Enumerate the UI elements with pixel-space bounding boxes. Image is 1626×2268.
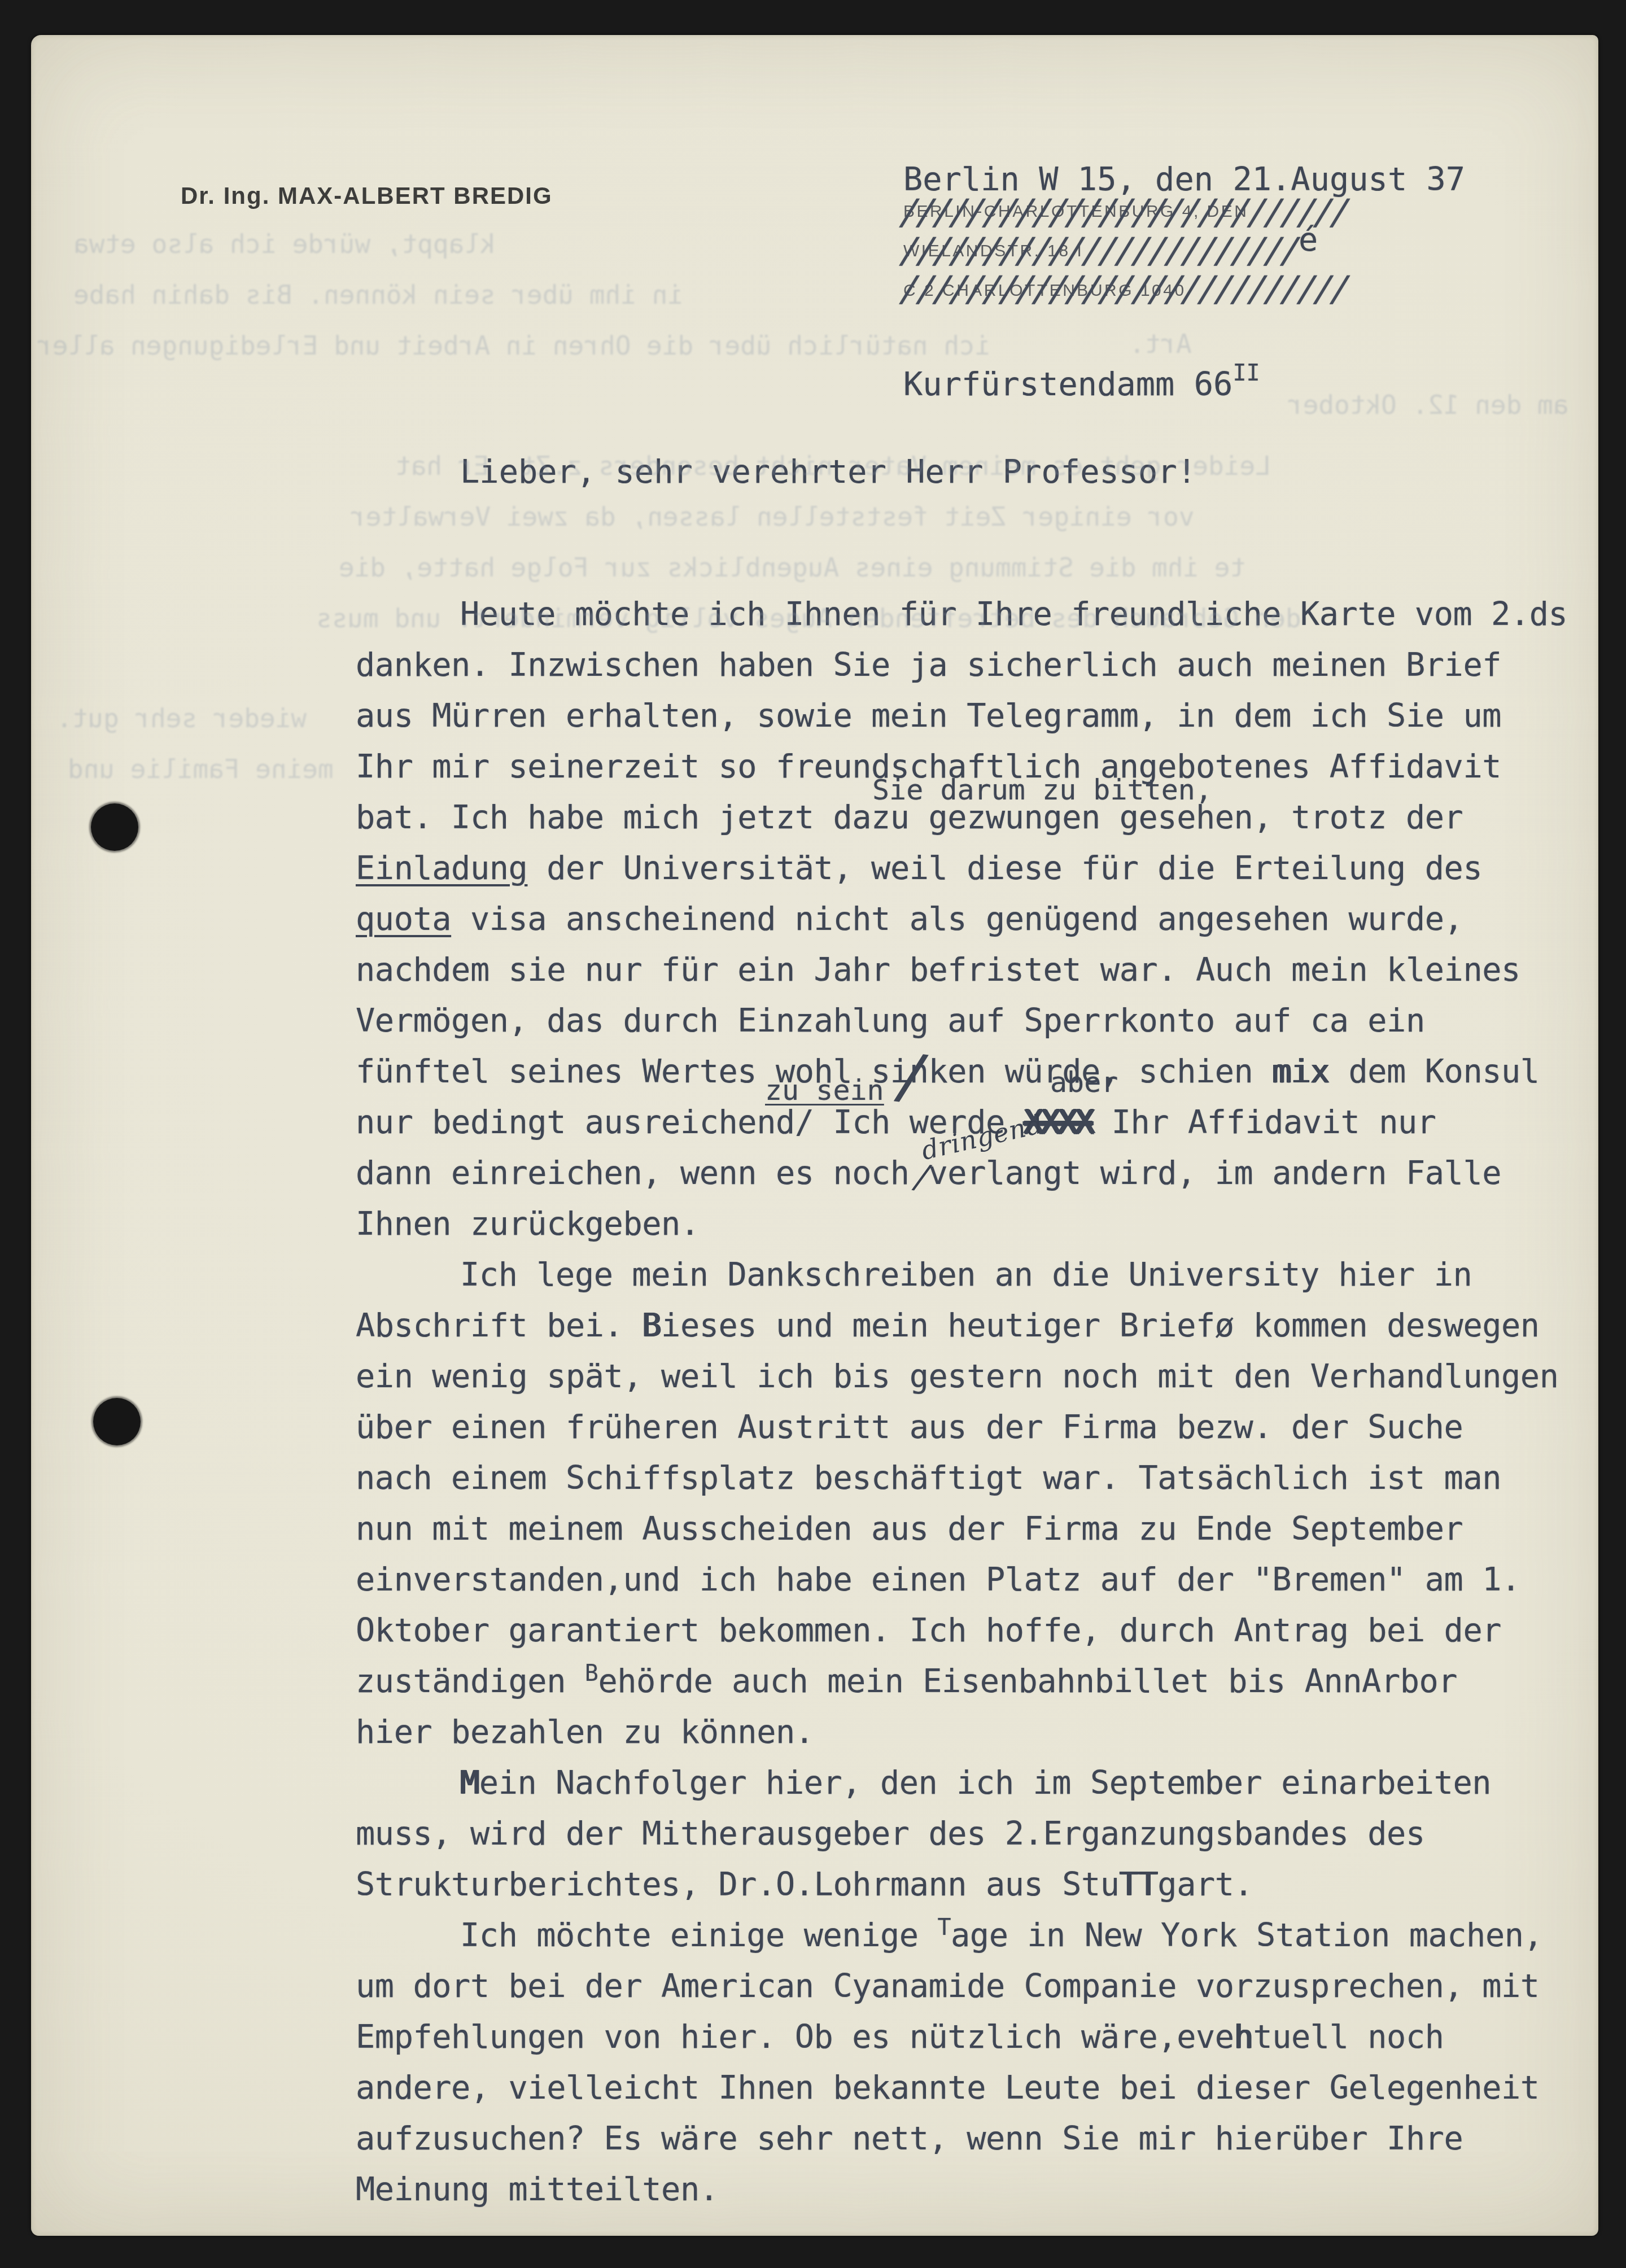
letter-segment: zuständigen [356,1663,585,1700]
letter-segment: über einen früheren Austritt aus der Fir… [356,1409,1463,1446]
letter-segment: der Universität, weil diese für die Erte… [527,850,1482,887]
letter-segment: gart. [1157,1866,1253,1903]
letter-segment: muss, wird der Mitherausgeber des 2.Erga… [356,1815,1425,1852]
letter-segment: Ich möchte einige wenige [460,1917,937,1954]
letter-line: Meinung mitteilten. [356,2174,719,2206]
letter-line: danken. Inzwischen haben Sie ja sicherli… [356,649,1501,681]
bleedthrough-text: vor einiger Zeit feststellen lassen, da … [350,501,1195,532]
street-text: Kurfürstendamm 66 [903,366,1232,403]
letter-segment: age in New York Station machen, [951,1917,1542,1954]
bleedthrough-text: am den 12. Oktober [1287,390,1569,420]
letter-line: nach einem Schiffsplatz beschäftigt war.… [356,1462,1501,1494]
letter-line: Vermögen, das durch Einzahlung auf Sperr… [356,1005,1425,1037]
letter-line: quota visa anscheinend nicht als genügen… [356,903,1463,936]
letter-segment-dbl: B [642,1307,661,1344]
letter-line: Ich lege mein Dankschreiben an die Unive… [460,1259,1472,1291]
letter-segment: hier bezahlen zu können. [356,1714,814,1751]
letter-line: andere, vielleicht Ihnen bekannte Leute … [356,2072,1540,2104]
letter-line: fünftel seines Wertes wohl sinken würde,… [356,1056,1540,1088]
letter-segment: Oktober garantiert bekommen. Ich hoffe, … [356,1612,1501,1649]
letter-segment: aus Mürren erhalten, sowie mein Telegram… [356,697,1501,735]
letter-line: bat. Ich habe mich jetzt dazu gezwungen … [356,802,1463,834]
letter-segment-sup: T [937,1915,951,1941]
bleedthrough-text: in ihm über sein können. Bis dahin habe [73,279,683,310]
letter-line: über einen früheren Austritt aus der Fir… [356,1412,1463,1444]
letter-segment-u: Einladung [356,850,527,887]
letter-line: Mein Nachfolger hier, den ich im Septemb… [460,1767,1491,1799]
bleedthrough-text: Leider geht es meinem Vater nicht besond… [395,451,1271,481]
scanned-letter-screenshot: { "page": { "background_color": "#191919… [0,0,1626,2268]
letter-segment: Ihr Affidavit nur [1092,1104,1436,1141]
typed-insert-zu-sein: zu sein [765,1074,884,1107]
letter-segment: ehörde auch mein Eisenbahnbillet bis Ann… [598,1663,1457,1700]
letter-segment: Meinung mitteilten. [356,2171,719,2208]
bleedthrough-text: wieder sehr gut. [56,703,307,733]
letter-line: muss, wird der Mitherausgeber des 2.Erga… [356,1818,1425,1850]
letterhead-name: Dr. Ing. MAX-ALBERT BREDIG [181,182,553,209]
letter-line: ein wenig spät, weil ich bis gestern noc… [356,1361,1558,1393]
letter-line: Ihnen zurückgeben. [356,1208,700,1240]
letter-line: Einladung der Universität, weil diese fü… [356,853,1482,885]
punch-hole [93,1398,141,1445]
typed-strikeout-slashes: /////////////////////////// [897,195,1349,230]
letter-line: Oktober garantiert bekommen. Ich hoffe, … [356,1615,1501,1647]
letter-segment: um dort bei der American Cyanamide Compa… [356,1968,1540,2005]
letter-sheet: Dr. Ing. MAX-ALBERT BREDIG Berlin W 15, … [31,35,1598,2236]
letter-segment: ieses und mein heutiger Briefø kommen de… [661,1307,1540,1344]
letter-segment: Ich lege mein Dankschreiben an die Unive… [460,1256,1472,1293]
letter-line: aus Mürren erhalten, sowie mein Telegram… [356,700,1501,732]
letter-segment: ein Nachfolger hier, den ich im Septembe… [479,1764,1491,1802]
letter-line: Abschrift bei. Bieses und mein heutiger … [356,1310,1540,1342]
letter-segment: ein wenig spät, weil ich bis gestern noc… [356,1358,1558,1395]
letter-segment-dbl: mix [1272,1053,1329,1090]
letter-line: nachdem sie nur für ein Jahr befristet w… [356,954,1520,986]
letter-line: hier bezahlen zu können. [356,1716,814,1749]
letter-segment: Ihnen zurückgeben. [356,1205,700,1243]
letter-segment-dbl: h [1234,2018,1253,2056]
letter-line: zuständigen Behörde auch mein Eisenbahnb… [356,1666,1457,1698]
letter-segment: nachdem sie nur für ein Jahr befristet w… [356,951,1520,989]
letter-line: nur bedingt ausreichend/ Ich werde XXXX … [356,1107,1436,1139]
letter-segment: andere, vielleicht Ihnen bekannte Leute … [356,2069,1540,2107]
typed-strikeout-slashes: //////////////////////// [897,233,1300,268]
street-floor-superscript: II [1232,360,1260,386]
letter-segment-u: quota [356,901,451,938]
letter-line: nun mit meinem Ausscheiden aus der Firma… [356,1513,1463,1545]
bleedthrough-text: den Gebrauch des betreffenden Auges völl… [316,603,1301,633]
letter-segment: danken. Inzwischen haben Sie ja sicherli… [356,646,1501,684]
letter-segment: Empfehlungen von hier. Ob es nützlich wä… [356,2018,1234,2056]
typed-street-address: Kurfürstendamm 66II [903,366,1260,403]
insert-long-slash: / [890,1045,934,1109]
bleedthrough-text: te ihm die Stimmung eines Augenblicks zu… [339,552,1245,583]
letter-segment: aufzusuchen? Es wäre sehr nett, wenn Sie… [356,2120,1463,2157]
punch-hole [91,803,138,851]
typed-insert-sie-darum-zu-bitten: Sie darum zu bitten, [872,774,1212,806]
typed-strikeout-slashes: /////////////////////////// [897,272,1349,307]
letter-segment: tuell noch [1253,2018,1444,2056]
letter-line: um dort bei der American Cyanamide Compa… [356,1970,1540,2003]
letter-segment-dbl: TT [1120,1866,1158,1903]
bleedthrough-text: ich natürlich über die Ohren in Arbeit u… [37,330,990,361]
stray-accent-char: é [1299,221,1318,259]
letter-line: Empfehlungen von hier. Ob es nützlich wä… [356,2021,1444,2053]
letter-segment-sup: B [585,1660,598,1686]
letter-segment-dbl: M [460,1764,479,1802]
typed-insert-aber: aber [1050,1066,1118,1099]
letter-segment: Vermögen, das durch Einzahlung auf Sperr… [356,1002,1425,1039]
letter-segment: dem Konsul [1330,1053,1540,1090]
letter-line: aufzusuchen? Es wäre sehr nett, wenn Sie… [356,2123,1463,2155]
bleedthrough-text: Art. [1129,329,1192,359]
typed-dateline: Berlin W 15, den 21.August 37 [903,161,1465,198]
letter-segment: nun mit meinem Ausscheiden aus der Firma… [356,1510,1463,1548]
letter-segment: Abschrift bei. [356,1307,642,1344]
bleedthrough-text: klappt, würde ich also etwa [73,229,496,259]
letter-segment: nach einem Schiffsplatz beschäftigt war.… [356,1459,1501,1497]
letter-segment: einverstanden,und ich habe einen Platz a… [356,1561,1520,1598]
letter-segment: Strukturberichtes, Dr.O.Lohrmann aus Stu [356,1866,1120,1903]
letter-line: einverstanden,und ich habe einen Platz a… [356,1564,1520,1596]
letter-segment: visa anscheinend nicht als genügend ange… [451,901,1463,938]
letter-line: Ich möchte einige wenige Tage in New Yor… [460,1920,1542,1952]
bleedthrough-text: meine Familie und [68,754,334,784]
letter-line: Strukturberichtes, Dr.O.Lohrmann aus Stu… [356,1869,1253,1901]
